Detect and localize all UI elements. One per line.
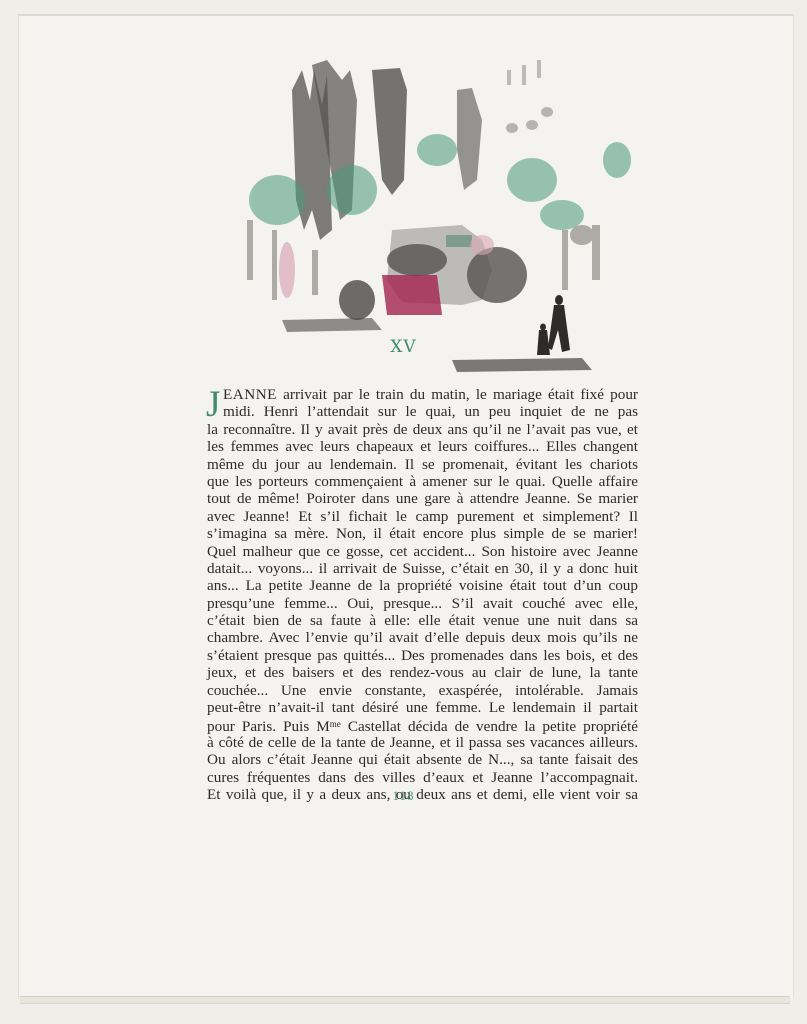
text-line: même du jour au lendemain. Il se promena… xyxy=(207,456,638,473)
body-text: J EANNE arrivait par le train du matin, … xyxy=(207,386,638,803)
text-line: à côté de celle de la tante de Jeanne, e… xyxy=(207,734,638,751)
chapter-illustration xyxy=(232,30,632,375)
text-line: EANNE arrivait par le train du matin, le… xyxy=(207,386,638,403)
text-line: cures fréquentes dans des villes d’eaux … xyxy=(207,769,638,786)
text-line: avec Jeanne! Et s’il fichait le camp pur… xyxy=(207,508,638,525)
text-line: la reconnaître. Il y avait près de deux … xyxy=(207,421,638,438)
page-stack-edge xyxy=(20,996,790,1004)
text-line: datait... voyons... il arrivait de Suiss… xyxy=(207,560,638,577)
drop-cap: J xyxy=(206,386,220,423)
text-line: pour Paris. Puis Mme Castellat décida de… xyxy=(207,716,638,733)
text-line: presqu’une femme... Oui, presque... S’il… xyxy=(207,595,638,612)
text-line: chambre. Avec l’envie qu’il avait d’elle… xyxy=(207,629,638,646)
page-number: 118 xyxy=(0,788,807,804)
text-line: couchée... Une envie constante, exaspéré… xyxy=(207,682,638,699)
text-line: Quel malheur que ce gosse, cet accident.… xyxy=(207,543,638,560)
text-line: c’était bien de sa faute à elle: elle ét… xyxy=(207,612,638,629)
text-line: jeux, et des baisers et des rendez-vous … xyxy=(207,664,638,681)
text-line: ans... La petite Jeanne de la propriété … xyxy=(207,577,638,594)
chapter-number: XV xyxy=(0,337,807,357)
madame-abbreviation: me xyxy=(330,719,341,729)
text-line: s’imagina sa mère. Non, il était encore … xyxy=(207,525,638,542)
text-line: que les porteurs commençaient à amener s… xyxy=(207,473,638,490)
text-line: Ou alors c’était Jeanne qui était absent… xyxy=(207,751,638,768)
text-line: peut-être n’avait-il tant désiré une fem… xyxy=(207,699,638,716)
text-line: les femmes avec leurs chapeaux et leurs … xyxy=(207,438,638,455)
first-word-smallcaps: EANNE xyxy=(223,386,277,403)
text-line: s’étaient presque pas quittés... Des pro… xyxy=(207,647,638,664)
text-line: midi. Henri l’attendait sur le quai, un … xyxy=(207,403,638,420)
text-line: tout de même! Poiroter dans une gare à a… xyxy=(207,490,638,507)
